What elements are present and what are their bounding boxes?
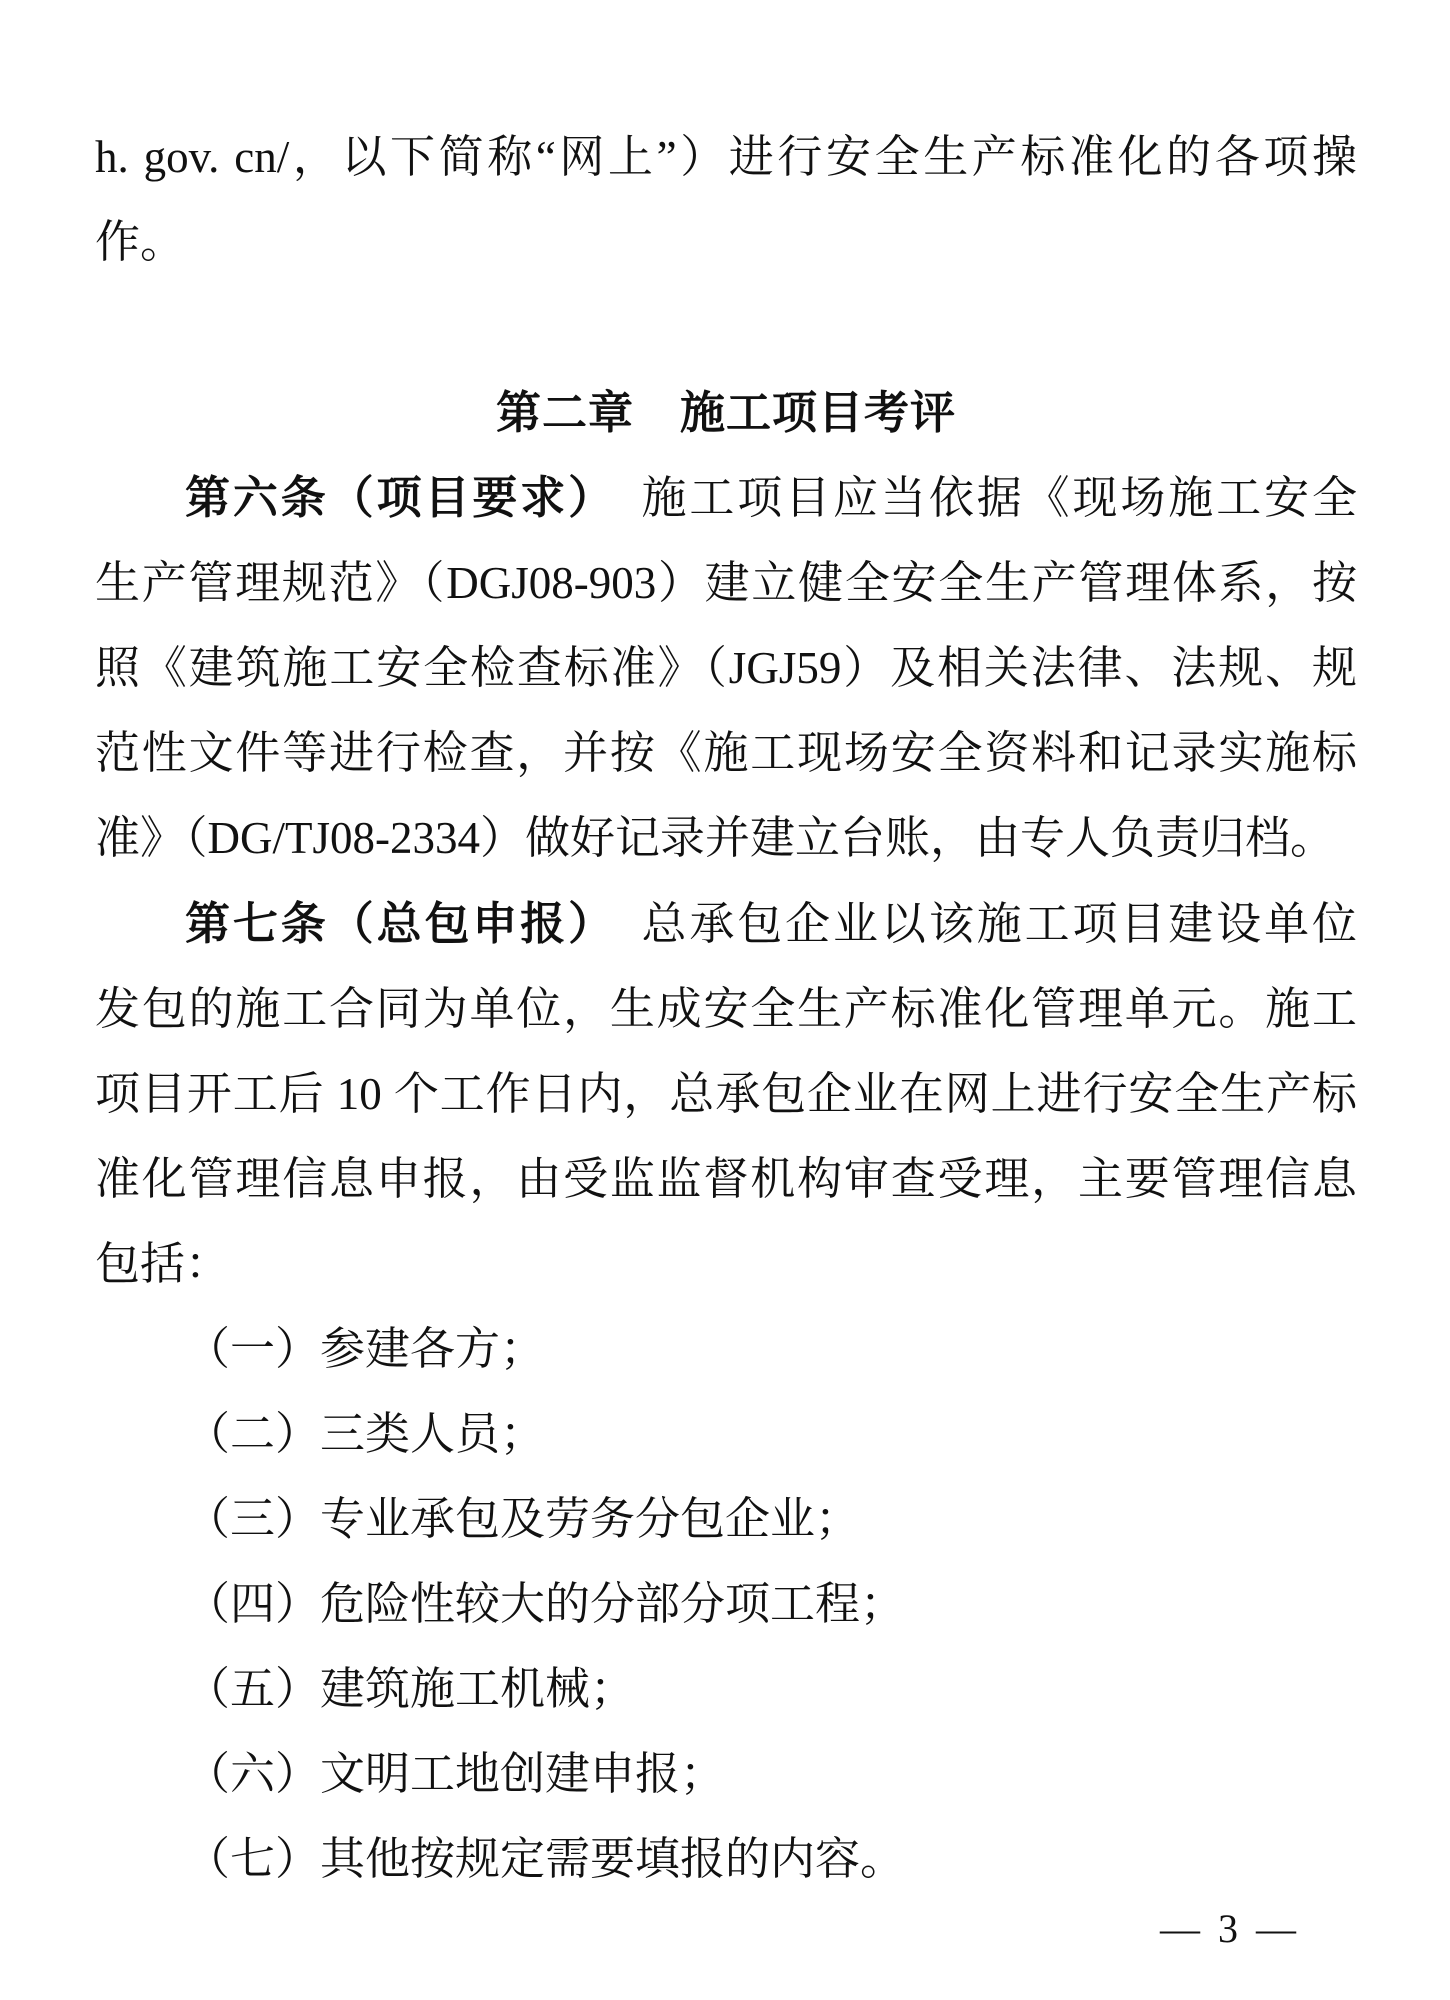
- article-6-line-1: 第六条（项目要求） 施工项目应当依据《现场施工安全: [95, 455, 1357, 541]
- page-number: — 3 —: [1160, 1905, 1300, 1953]
- article-7-line-3: 项目开工后 10 个工作日内，总承包企业在网上进行安全生产标: [95, 1052, 1357, 1137]
- text-column: h. gov. cn/，以下简称“网上”）进行安全生产标准化的各项操 作。 第二…: [95, 115, 1357, 1902]
- article-7-title: 第七条（总包申报）: [185, 898, 594, 949]
- intro-line-1: h. gov. cn/，以下简称“网上”）进行安全生产标准化的各项操: [95, 115, 1357, 200]
- article-6-line-3: 照《建筑施工安全检查标准》（JGJ59）及相关法律、法规、规: [95, 626, 1357, 711]
- list-item-4: （四）危险性较大的分部分项工程；: [95, 1562, 1357, 1647]
- article-6-line-5: 准》（DG/TJ08-2334）做好记录并建立台账，由专人负责归档。: [95, 796, 1357, 881]
- document-page: h. gov. cn/，以下简称“网上”）进行安全生产标准化的各项操 作。 第二…: [0, 0, 1450, 2000]
- article-7-line-1-text: 总承包企业以该施工项目建设单位: [594, 899, 1357, 949]
- list-item-7: （七）其他按规定需要填报的内容。: [95, 1817, 1357, 1902]
- article-6-line-1-text: 施工项目应当依据《现场施工安全: [594, 473, 1357, 523]
- article-7-line-2: 发包的施工合同为单位，生成安全生产标准化管理单元。施工: [95, 967, 1357, 1052]
- article-7-line-4: 准化管理信息申报，由受监监督机构审查受理，主要管理信息: [95, 1137, 1357, 1222]
- list-item-3: （三）专业承包及劳务分包企业；: [95, 1477, 1357, 1562]
- article-7-line-1: 第七条（总包申报） 总承包企业以该施工项目建设单位: [95, 881, 1357, 967]
- chapter-heading: 第二章 施工项目考评: [95, 370, 1357, 455]
- list-item-6: （六）文明工地创建申报；: [95, 1732, 1357, 1817]
- list-item-2: （二）三类人员；: [95, 1392, 1357, 1477]
- article-6-title: 第六条（项目要求）: [185, 472, 594, 523]
- list-item-5: （五）建筑施工机械；: [95, 1647, 1357, 1732]
- article-6-line-4: 范性文件等进行检查，并按《施工现场安全资料和记录实施标: [95, 711, 1357, 796]
- intro-line-2: 作。: [95, 200, 1357, 285]
- list-item-1: （一）参建各方；: [95, 1307, 1357, 1392]
- article-7-line-5: 包括：: [95, 1222, 1357, 1307]
- article-6-line-2: 生产管理规范》（DGJ08-903）建立健全安全生产管理体系，按: [95, 541, 1357, 626]
- blank-line: [95, 285, 1357, 370]
